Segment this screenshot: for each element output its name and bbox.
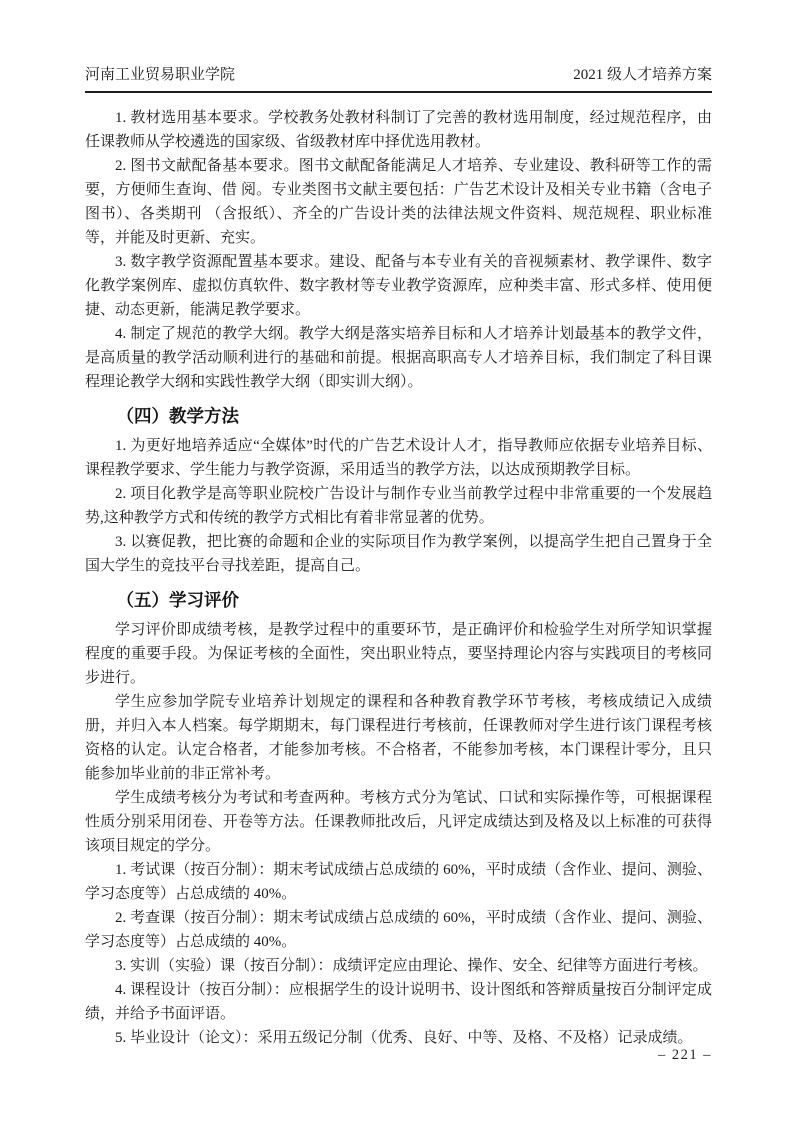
header-school-name: 河南工业贸易职业学院: [85, 63, 235, 84]
section-heading: （五）学习评价: [85, 587, 712, 613]
document-page: 河南工业贸易职业学院 2021 级人才培养方案 1. 教材选用基本要求。学校教务…: [0, 0, 793, 1122]
body-paragraph: 学生应参加学院专业培养计划规定的课程和各种教育教学环节考核，考核成绩记入成绩册，…: [85, 690, 712, 786]
page-footer: – 221 –: [658, 1047, 712, 1064]
page-header: 河南工业贸易职业学院 2021 级人才培养方案: [85, 63, 712, 93]
body-paragraph: 4. 制定了规范的教学大纲。教学大纲是落实培养目标和人才培养计划最基本的教学文件…: [85, 322, 712, 394]
page-number: – 221 –: [658, 1047, 712, 1063]
body-paragraph: 2. 图书文献配备基本要求。图书文献配备能满足人才培养、专业建设、教科研等工作的…: [85, 154, 712, 250]
body-paragraph: 3. 数字教学资源配置基本要求。建设、配备与本专业有关的音视频素材、教学课件、数…: [85, 250, 712, 322]
body-paragraph: 1. 为更好地培养适应“全媒体”时代的广告艺术设计人才，指导教师应依据专业培养目…: [85, 434, 712, 482]
document-body: 1. 教材选用基本要求。学校教务处教材科制订了完善的教材选用制度，经过规范程序，…: [85, 106, 712, 1050]
body-paragraph: 3. 实训（实验）课（按百分制）：成绩评定应由理论、操作、安全、纪律等方面进行考…: [85, 954, 712, 978]
body-paragraph: 1. 教材选用基本要求。学校教务处教材科制订了完善的教材选用制度，经过规范程序，…: [85, 106, 712, 154]
body-paragraph: 1. 考试课（按百分制）：期末考试成绩占总成绩的 60%，平时成绩（含作业、提问…: [85, 858, 712, 906]
body-paragraph: 2. 项目化教学是高等职业院校广告设计与制作专业当前教学过程中非常重要的一个发展…: [85, 482, 712, 530]
body-paragraph: 学习评价即成绩考核，是教学过程中的重要环节，是正确评价和检验学生对所学知识掌握程…: [85, 618, 712, 690]
body-paragraph: 2. 考查课（按百分制）：期末考试成绩占总成绩的 60%，平时成绩（含作业、提问…: [85, 906, 712, 954]
body-paragraph: 5. 毕业设计（论文）：采用五级记分制（优秀、良好、中等、及格、不及格）记录成绩…: [85, 1026, 712, 1050]
body-paragraph: 4. 课程设计（按百分制）：应根据学生的设计说明书、设计图纸和答辩质量按百分制评…: [85, 978, 712, 1026]
body-paragraph: 学生成绩考核分为考试和考查两种。考核方式分为笔试、口试和实际操作等，可根据课程性…: [85, 786, 712, 858]
section-heading: （四）教学方法: [85, 403, 712, 429]
header-document-title: 2021 级人才培养方案: [573, 63, 712, 84]
body-paragraph: 3. 以赛促教，把比赛的命题和企业的实际项目作为教学案例，以提高学生把自己置身于…: [85, 530, 712, 578]
